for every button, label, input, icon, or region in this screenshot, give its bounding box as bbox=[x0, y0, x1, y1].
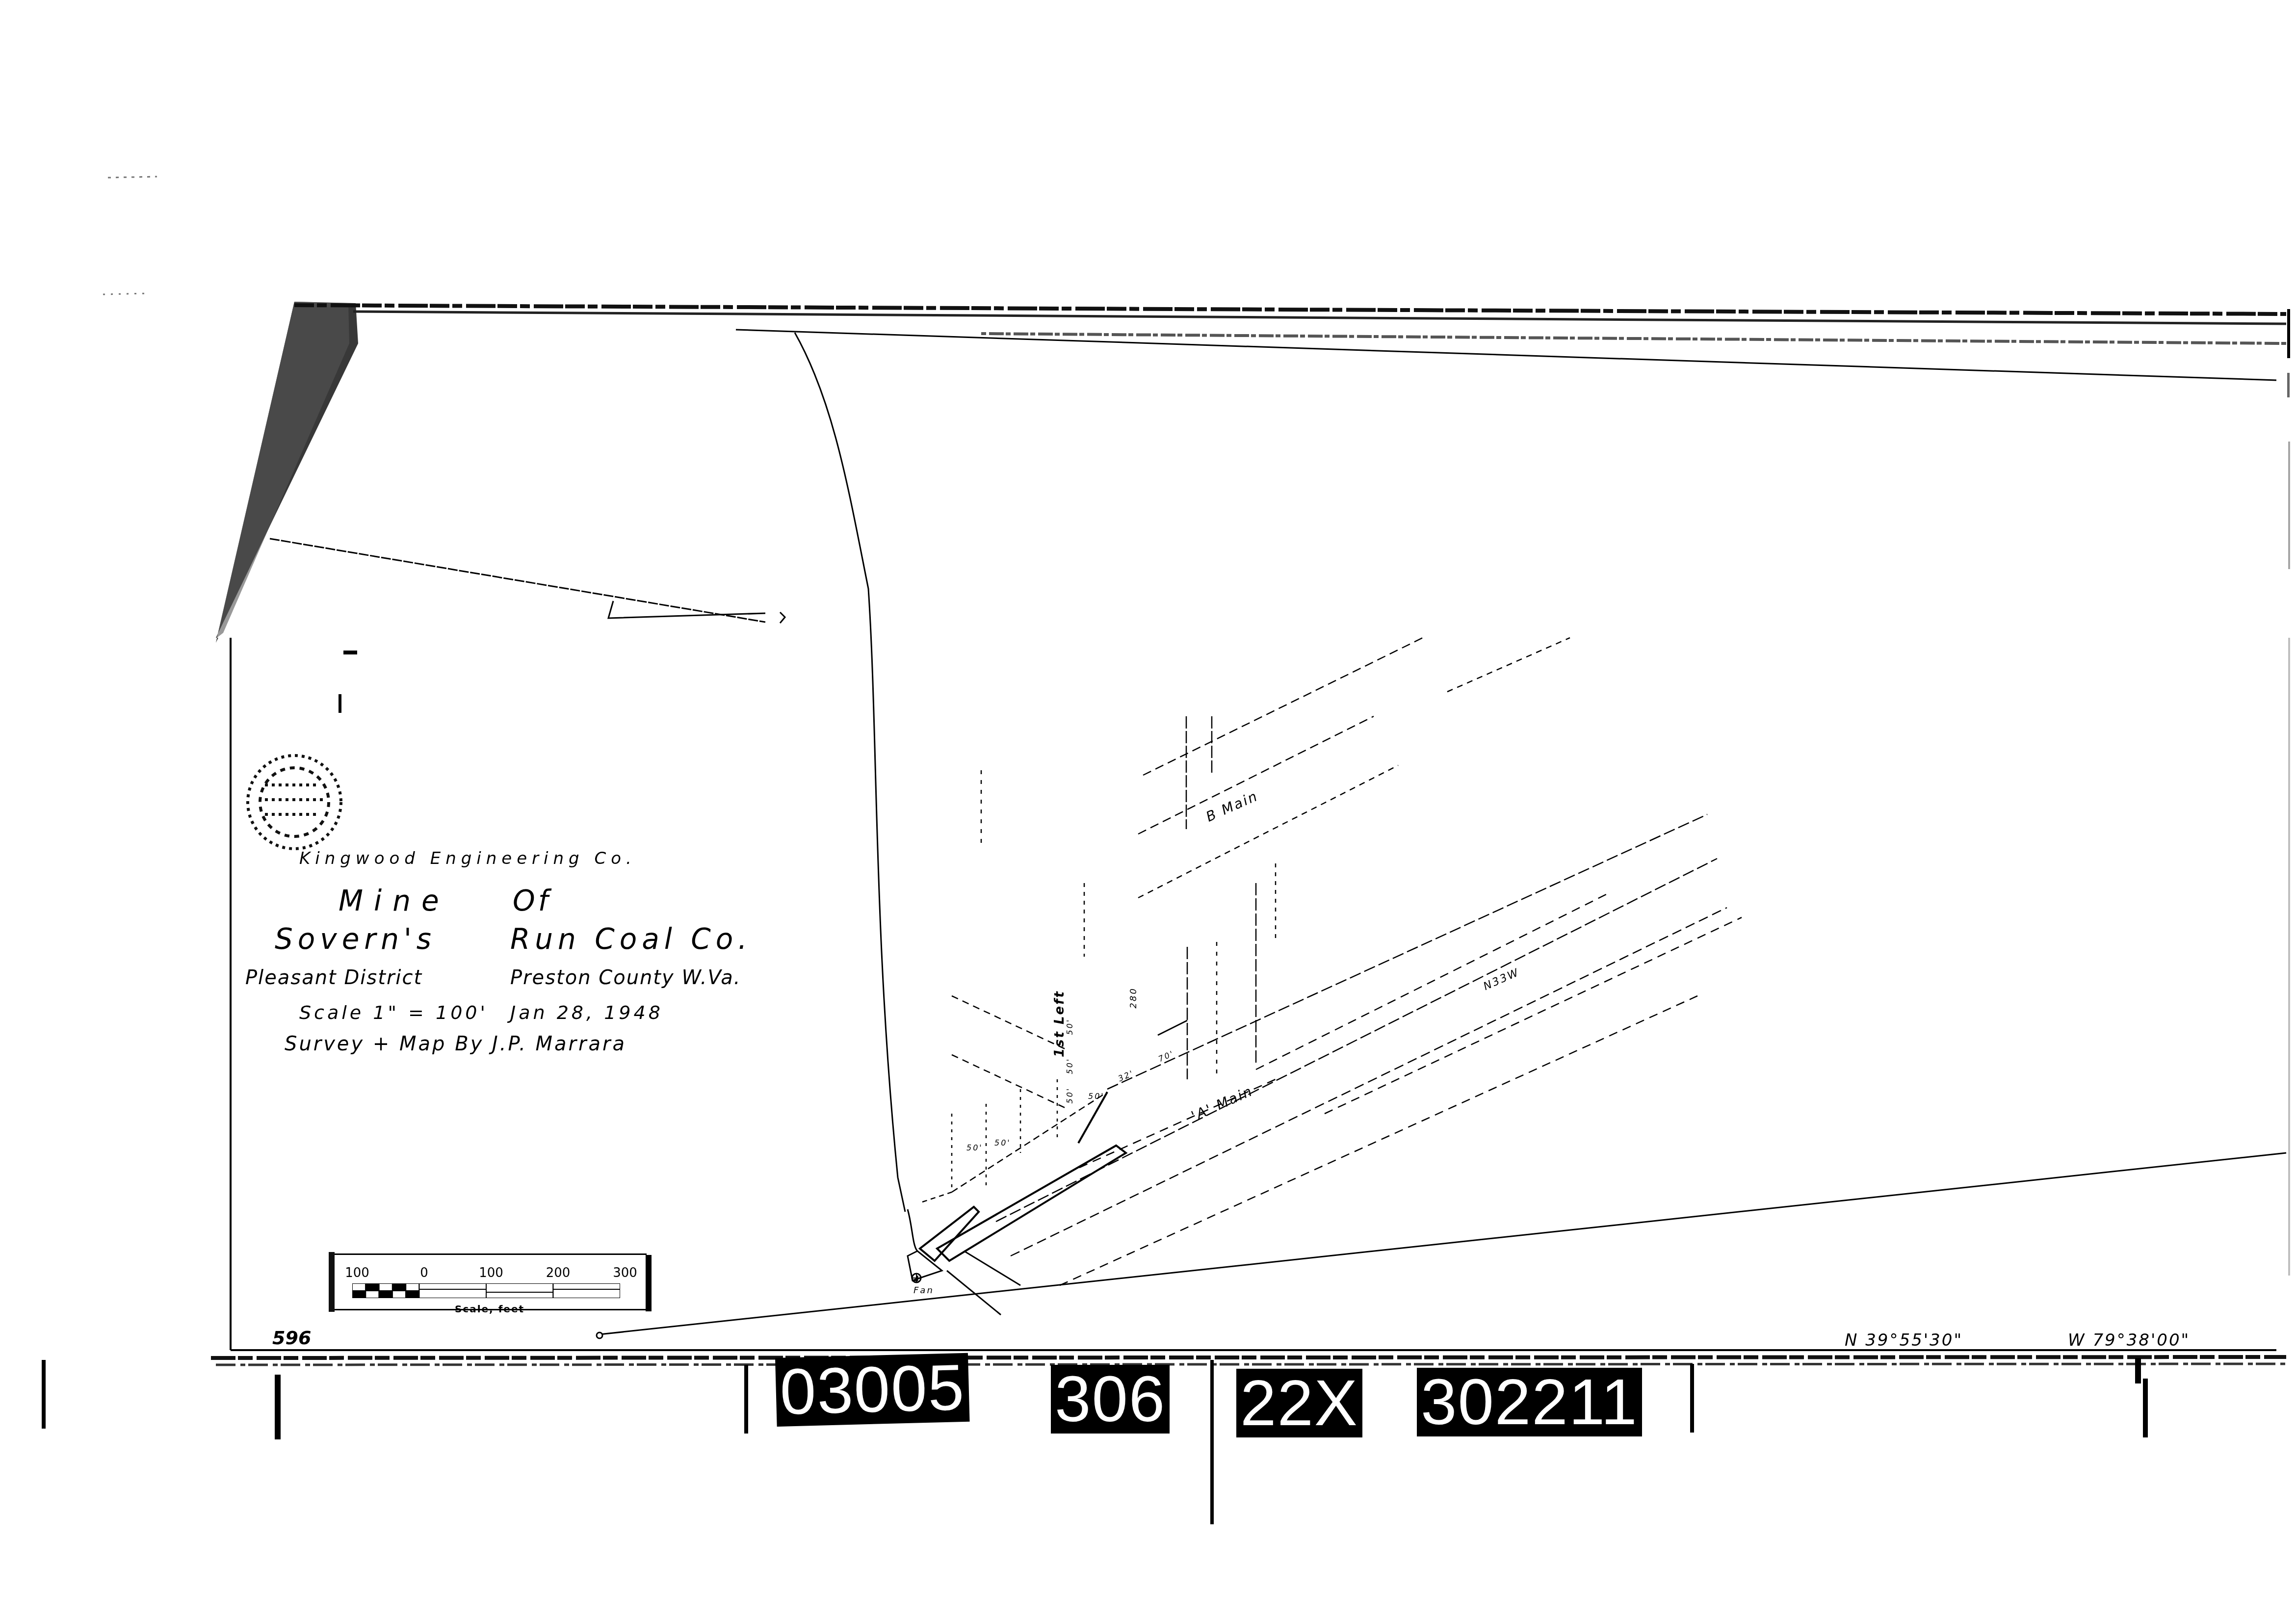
surveyor-credit: Survey + Map By J.P. Marrara bbox=[285, 1033, 626, 1055]
scale-bar-graphic bbox=[352, 1283, 620, 1298]
scale-tick-label: 100 bbox=[345, 1266, 369, 1280]
mine-label: Mine bbox=[339, 884, 450, 917]
scale-tick-label: 0 bbox=[420, 1266, 428, 1280]
sheet-number: 596 bbox=[272, 1327, 311, 1349]
scale-tick-label: 100 bbox=[479, 1266, 503, 1280]
identifier-label: 306 bbox=[1051, 1365, 1170, 1434]
label-dim-50e: 50' bbox=[994, 1138, 1011, 1148]
scale-bar: 1000100200300 Scale, feet bbox=[333, 1253, 647, 1310]
ink-mark bbox=[343, 651, 357, 654]
circular-seal-stamp bbox=[248, 756, 341, 849]
longitude-label: W 79°38'00" bbox=[2068, 1330, 2190, 1350]
label-dim-50f: 50' bbox=[966, 1143, 983, 1152]
label-dim-50a: 50' bbox=[1065, 1018, 1074, 1035]
of-label: Of bbox=[513, 884, 551, 917]
label-fan: Fan bbox=[913, 1285, 934, 1296]
map-date: Jan 28, 1948 bbox=[510, 1002, 663, 1023]
label-dim-50d: 50' bbox=[1088, 1092, 1105, 1101]
property-lines bbox=[270, 333, 2286, 1338]
identifier-label: 03005 bbox=[775, 1353, 970, 1427]
label-dim-280: 280 bbox=[1128, 987, 1139, 1008]
ink-mark bbox=[339, 694, 341, 713]
label-dim-50b: 50' bbox=[1065, 1058, 1074, 1074]
mine-workings bbox=[908, 638, 1742, 1315]
county-state: Preston County W.Va. bbox=[510, 966, 741, 989]
identifier-label: 302211 bbox=[1417, 1368, 1642, 1436]
scale-tick-labels: 1000100200300 bbox=[347, 1266, 642, 1280]
map-frame-right bbox=[2287, 309, 2290, 1276]
identifier-label: 22X bbox=[1236, 1369, 1362, 1437]
map-frame-bottom bbox=[211, 1350, 2286, 1365]
scale-tick-label: 200 bbox=[546, 1266, 571, 1280]
scale-tick-label: 300 bbox=[613, 1266, 637, 1280]
owner-name-line1: Sovern's bbox=[275, 922, 436, 956]
scan-noise bbox=[103, 177, 157, 294]
owner-name-line2: Run Coal Co. bbox=[510, 922, 752, 956]
district: Pleasant District bbox=[245, 966, 422, 989]
scale-text: Scale 1" = 100' bbox=[299, 1002, 488, 1023]
latitude-label: N 39°55'30" bbox=[1845, 1330, 1963, 1350]
scale-caption: Scale, feet bbox=[333, 1303, 647, 1315]
label-dim-50c: 50' bbox=[1065, 1087, 1074, 1104]
map-frame-top bbox=[294, 305, 2286, 380]
company-name: Kingwood Engineering Co. bbox=[299, 849, 636, 868]
